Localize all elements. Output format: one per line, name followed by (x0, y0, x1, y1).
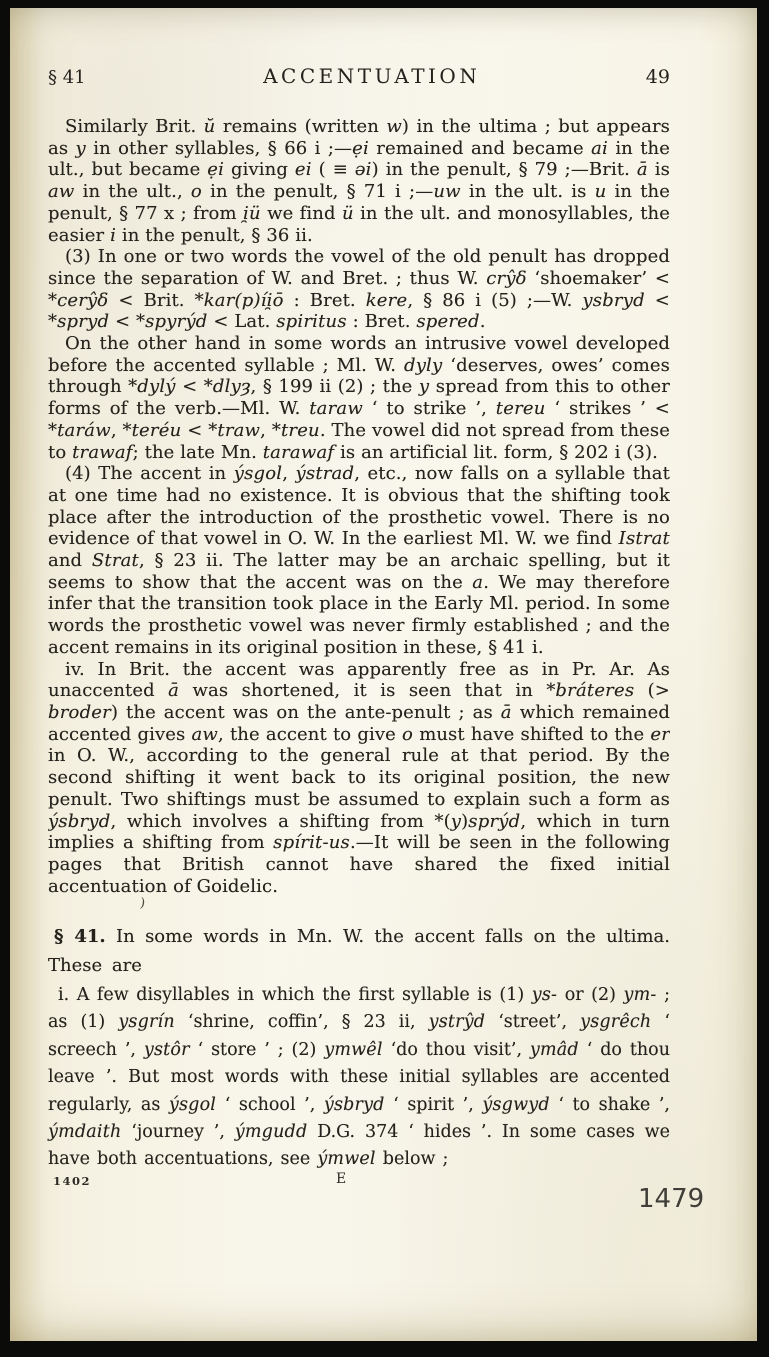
footer-signature-number: 1402 (53, 1174, 91, 1188)
section-41-block: § 41. In some words in Mn. W. the accent… (48, 922, 670, 1174)
page-content: § 41 ACCENTUATION 49 Similarly Brit. ŭ r… (48, 8, 670, 1174)
paragraph-3-penult-vowel-dropped: (3) In one or two words the vowel of the… (48, 246, 670, 333)
section-41-item-i: i. A few disyllables in which the first … (48, 982, 670, 1174)
main-text-block: Similarly Brit. ŭ remains (written w) in… (48, 116, 670, 922)
book-page: § 41 ACCENTUATION 49 Similarly Brit. ŭ r… (10, 8, 757, 1341)
page-title: ACCENTUATION (263, 64, 480, 88)
header-page-number: 49 (646, 66, 670, 88)
paragraph-iv-brit-free-accent: iv. In Brit. the accent was apparently f… (48, 659, 670, 898)
header-section-ref: § 41 (48, 67, 86, 88)
scanned-book-photo: { "colors": { "paper": "#f8f5e9", "ink":… (0, 0, 769, 1357)
footer-gathering-letter: E (336, 1171, 346, 1187)
paragraph-4-accent-shifting: (4) The accent in ýsgol, ýstrad, etc., n… (48, 463, 670, 658)
section-41-heading: § 41. In some words in Mn. W. the accent… (48, 922, 670, 980)
paragraph-brit-u-ultima: Similarly Brit. ŭ remains (written w) in… (48, 116, 670, 246)
footer-scan-number: 1479 (638, 1184, 704, 1214)
running-header: § 41 ACCENTUATION 49 (48, 64, 670, 88)
paragraph-intrusive-vowel: On the other hand in some words an intru… (48, 333, 670, 463)
